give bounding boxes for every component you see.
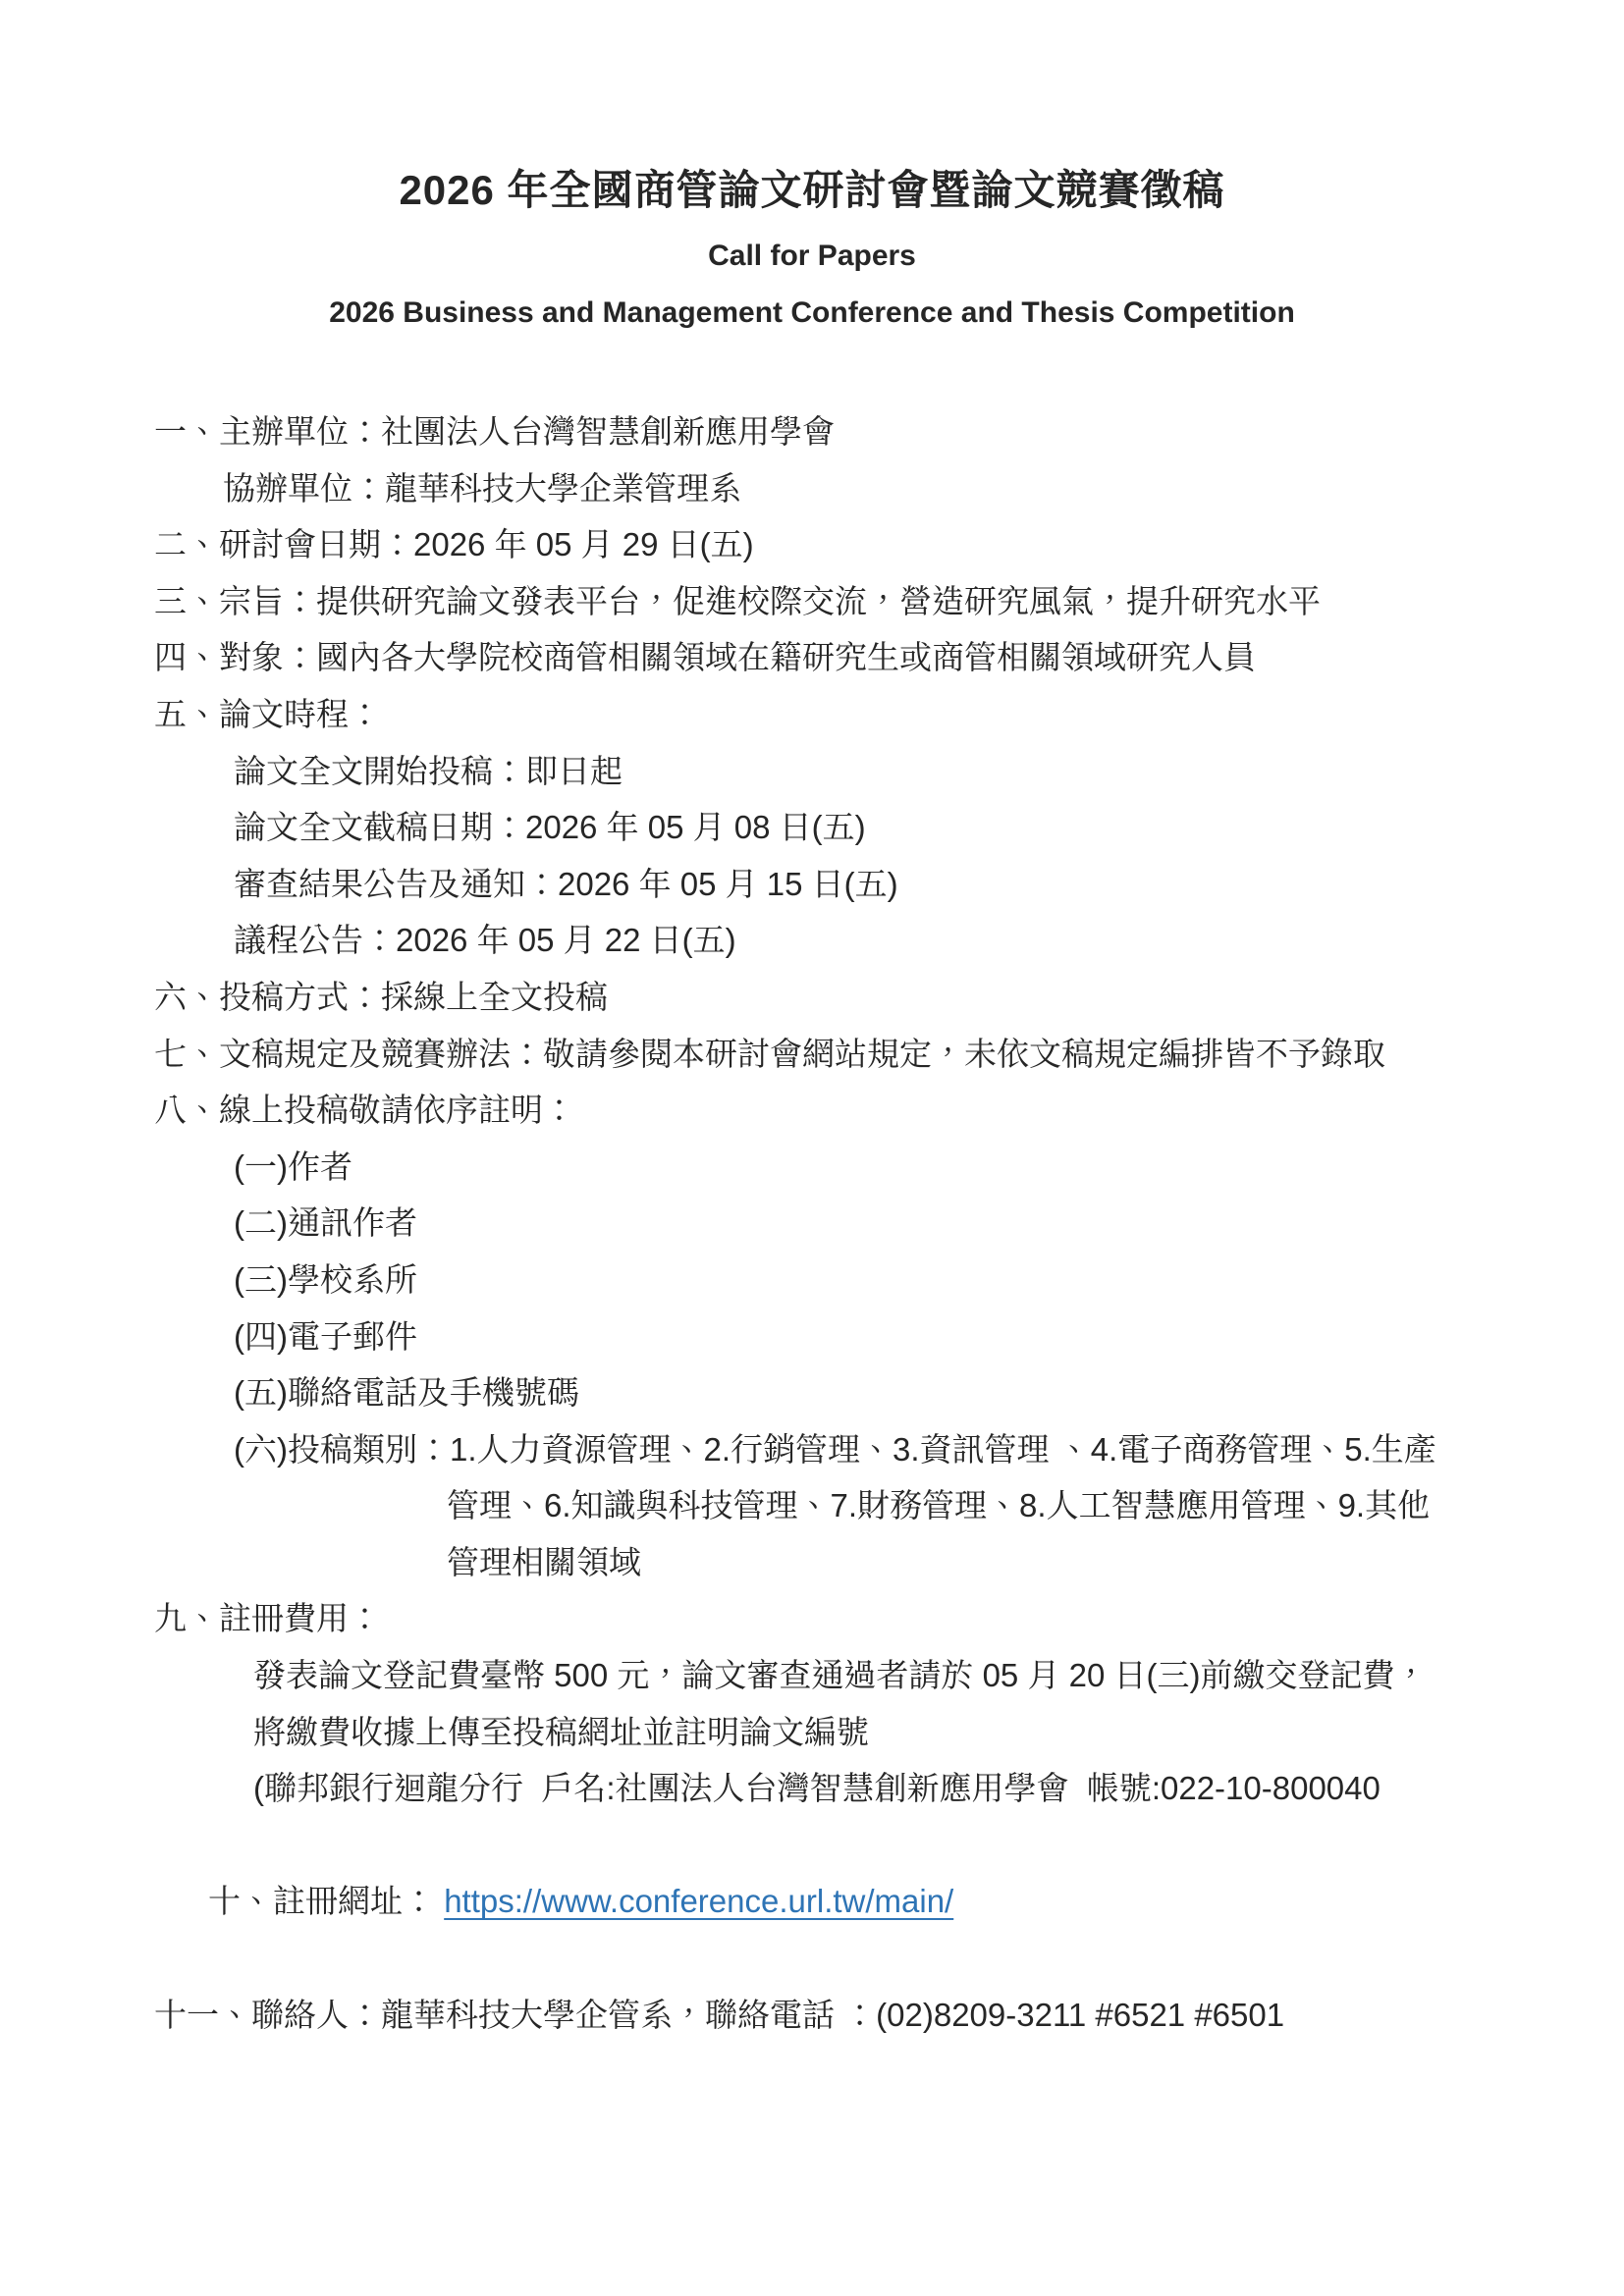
- line-item-author: (一)作者: [0, 1139, 1624, 1196]
- line-item-corresponding-author: (二)通訊作者: [0, 1195, 1624, 1252]
- line-submission-start: 論文全文開始投稿：即日起: [0, 743, 1624, 800]
- line-review-announcement: 審查結果公告及通知：2026 年 05 月 15 日(五): [0, 856, 1624, 913]
- line-bank-info: (聯邦銀行迴龍分行 戶名:社團法人台灣智慧創新應用學會 帳號:022-10-80…: [0, 1760, 1624, 1817]
- page-title: 2026 年全國商管論文研討會暨論文競賽徵稿: [0, 163, 1624, 218]
- line-item-category-cont-1: 管理、6.知識與科技管理、7.財務管理、8.人工智慧應用管理、9.其他: [0, 1477, 1624, 1534]
- line-fee-detail-2: 將繳費收據上傳至投稿網址並註明論文編號: [0, 1704, 1624, 1761]
- line-registration-url: 十、註冊網址： https://www.conference.url.tw/ma…: [0, 1817, 1624, 1987]
- line-item-phone: (五)聯絡電話及手機號碼: [0, 1364, 1624, 1421]
- line-schedule-heading: 五、論文時程：: [0, 686, 1624, 743]
- line-purpose: 三、宗旨：提供研究論文發表平台，促進校際交流，營造研究風氣，提升研究水平: [0, 573, 1624, 630]
- line-item-email: (四)電子郵件: [0, 1308, 1624, 1365]
- line-agenda-announcement: 議程公告：2026 年 05 月 22 日(五): [0, 912, 1624, 969]
- line-item-category: (六)投稿類別：1.人力資源管理、2.行銷管理、3.資訊管理 、4.電子商務管理…: [0, 1421, 1624, 1478]
- line-organizer: 一、主辦單位：社團法人台灣智慧創新應用學會: [0, 403, 1624, 460]
- line-conference-date: 二、研討會日期：2026 年 05 月 29 日(五): [0, 516, 1624, 573]
- document-body: 一、主辦單位：社團法人台灣智慧創新應用學會 協辦單位：龍華科技大學企業管理系 二…: [0, 403, 1624, 2043]
- registration-url-label: 十、註冊網址：: [208, 1883, 444, 1919]
- line-fee-detail-1: 發表論文登記費臺幣 500 元，論文審查通過者請於 05 月 20 日(三)前繳…: [0, 1647, 1624, 1704]
- line-item-school-department: (三)學校系所: [0, 1252, 1624, 1308]
- line-audience: 四、對象：國內各大學院校商管相關領域在籍研究生或商管相關領域研究人員: [0, 629, 1624, 686]
- line-submission-method: 六、投稿方式：採線上全文投稿: [0, 969, 1624, 1026]
- line-contact: 十一、聯絡人：龍華科技大學企管系，聯絡電話 ：(02)8209-3211 #65…: [0, 1987, 1624, 2044]
- line-registration-fee-heading: 九、註冊費用：: [0, 1590, 1624, 1647]
- line-online-submission-note: 八、線上投稿敬請依序註明：: [0, 1082, 1624, 1139]
- document-page: 2026 年全國商管論文研討會暨論文競賽徵稿 Call for Papers 2…: [0, 0, 1624, 2296]
- subtitle-english-conference-name: 2026 Business and Management Conference …: [0, 294, 1624, 332]
- registration-url-link[interactable]: https://www.conference.url.tw/main/: [444, 1883, 953, 1919]
- line-co-organizer: 協辦單位：龍華科技大學企業管理系: [0, 460, 1624, 517]
- line-item-category-cont-2: 管理相關領域: [0, 1534, 1624, 1591]
- subtitle-call-for-papers: Call for Papers: [0, 238, 1624, 275]
- line-submission-deadline: 論文全文截稿日期：2026 年 05 月 08 日(五): [0, 799, 1624, 856]
- line-format-rules: 七、文稿規定及競賽辦法：敬請參閱本研討會網站規定，未依文稿規定編排皆不予錄取: [0, 1026, 1624, 1083]
